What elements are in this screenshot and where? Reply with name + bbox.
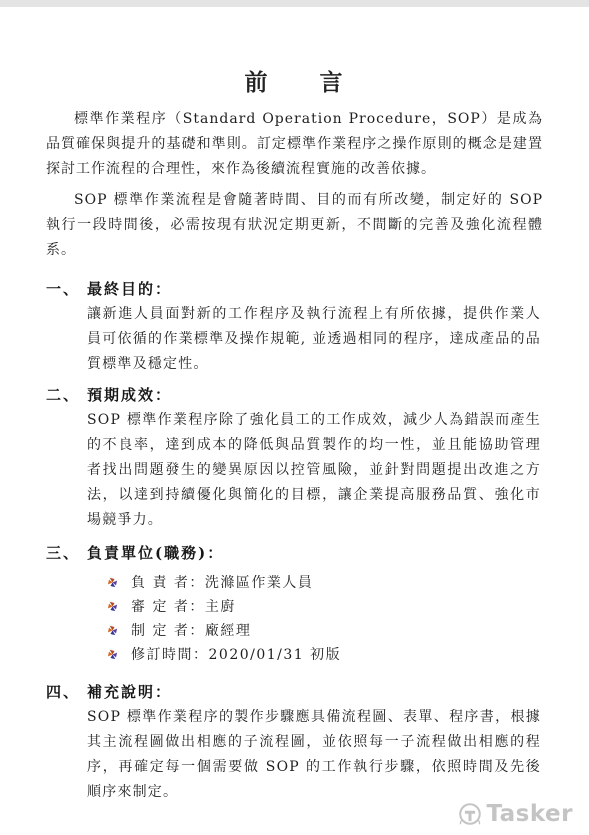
- document-page: 前 言 標準作業程序（Standard Operation Procedure，…: [0, 0, 589, 835]
- list-item-text: 修訂時間：2020/01/31 初版: [131, 644, 341, 664]
- section-number: 三、: [46, 541, 87, 566]
- section-number: 二、: [46, 383, 87, 408]
- section-title: 最終目的：: [87, 277, 172, 302]
- intro-paragraph-1: 標準作業程序（Standard Operation Procedure，SOP）…: [46, 107, 543, 182]
- list-item: 制 定 者：廠經理: [87, 618, 543, 642]
- pinwheel-bullet-icon: [107, 649, 118, 660]
- intro-paragraph-2: SOP 標準作業流程是會隨著時間、目的而有所改變，制定好的 SOP 執行一段時間…: [46, 188, 543, 263]
- pinwheel-bullet-icon: [107, 577, 118, 588]
- pinwheel-bullet-icon: [107, 625, 118, 636]
- section-heading: 三、 負責單位(職務)：: [46, 541, 543, 566]
- section-expected-results: 二、 預期成效： SOP 標準作業程序除了強化員工的工作成效，減少人為錯誤而產生…: [46, 383, 543, 533]
- section-responsible-unit: 三、 負責單位(職務)： 負 責 者：洗滌區作業人員: [46, 541, 543, 666]
- section-title: 負責單位(職務)：: [87, 541, 224, 566]
- tasker-watermark: Tasker: [457, 801, 573, 827]
- section-supplementary-notes: 四、 補充說明： SOP 標準作業程序的製作步驟應具備流程圖、表單、程序書，根據…: [46, 680, 543, 805]
- list-item: 審 定 者：主廚: [87, 594, 543, 618]
- section-number: 四、: [46, 680, 87, 705]
- list-item-text: 負 責 者：洗滌區作業人員: [131, 572, 313, 592]
- watermark-text: Tasker: [486, 801, 573, 827]
- section-heading: 四、 補充說明：: [46, 680, 543, 705]
- list-item-text: 制 定 者：廠經理: [131, 620, 251, 640]
- tasker-logo-icon: [457, 801, 483, 827]
- section-heading: 二、 預期成效：: [46, 383, 543, 408]
- section-number: 一、: [46, 277, 87, 302]
- list-item: 負 責 者：洗滌區作業人員: [87, 570, 543, 594]
- list-item-text: 審 定 者：主廚: [131, 596, 236, 616]
- section-body: SOP 標準作業程序除了強化員工的工作成效，減少人為錯誤而產生的不良率，達到成本…: [87, 408, 541, 533]
- section-body: SOP 標準作業程序的製作步驟應具備流程圖、表單、程序書，根據其主流程圖做出相應…: [87, 705, 541, 805]
- responsible-list: 負 責 者：洗滌區作業人員 審 定 者：主廚: [87, 570, 543, 666]
- pinwheel-bullet-icon: [107, 601, 118, 612]
- page-title: 前 言: [0, 64, 589, 97]
- section-final-purpose: 一、 最終目的： 讓新進人員面對新的工作程序及執行流程上有所依據，提供作業人員可…: [46, 277, 543, 377]
- window-top-strip: [0, 0, 589, 7]
- list-item: 修訂時間：2020/01/31 初版: [87, 642, 543, 666]
- section-title: 預期成效：: [87, 383, 172, 408]
- section-heading: 一、 最終目的：: [46, 277, 543, 302]
- section-title: 補充說明：: [87, 680, 172, 705]
- section-body: 讓新進人員面對新的工作程序及執行流程上有所依據，提供作業人員可依循的作業標準及操…: [87, 302, 541, 377]
- document-content: 標準作業程序（Standard Operation Procedure，SOP）…: [0, 107, 589, 805]
